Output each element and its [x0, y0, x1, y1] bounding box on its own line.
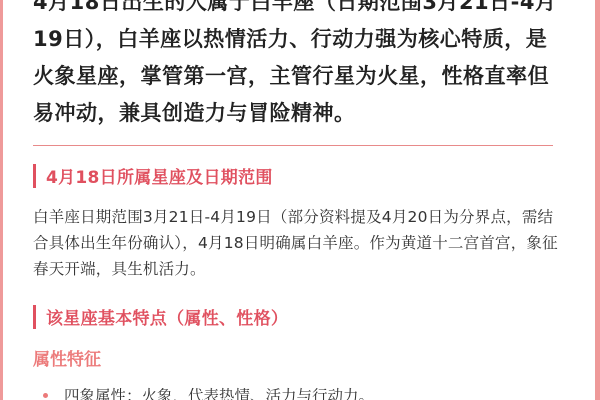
heading-accent-bar	[33, 164, 36, 188]
page-frame-left	[0, 0, 3, 400]
section-heading-text: 该星座基本特点（属性、性格）	[46, 304, 288, 329]
intro-paragraph: 4月18日出生的人属于白羊座（日期范围3月21日-4月19日），白羊座以热情活力…	[33, 0, 563, 132]
date-range-paragraph: 白羊座日期范围3月21日-4月19日（部分资料提及4月20日为分界点，需结合具体…	[33, 204, 563, 282]
bullet-dot-icon	[43, 393, 48, 398]
section-heading-date-range: 4月18日所属星座及日期范围	[33, 163, 563, 188]
section-heading-text: 4月18日所属星座及日期范围	[46, 163, 273, 188]
list-item: 四象属性：火象，代表热情、活力与行动力。	[33, 384, 563, 400]
heading-accent-bar	[33, 305, 36, 329]
article-content: 4月18日出生的人属于白羊座（日期范围3月21日-4月19日），白羊座以热情活力…	[33, 0, 563, 400]
section-heading-traits: 该星座基本特点（属性、性格）	[33, 304, 563, 329]
page-frame-right	[595, 0, 600, 400]
divider	[33, 145, 553, 146]
attribute-list: 四象属性：火象，代表热情、活力与行动力。	[33, 384, 563, 400]
list-item-text: 四象属性：火象，代表热情、活力与行动力。	[64, 384, 374, 400]
subheading-attributes: 属性特征	[33, 345, 563, 370]
